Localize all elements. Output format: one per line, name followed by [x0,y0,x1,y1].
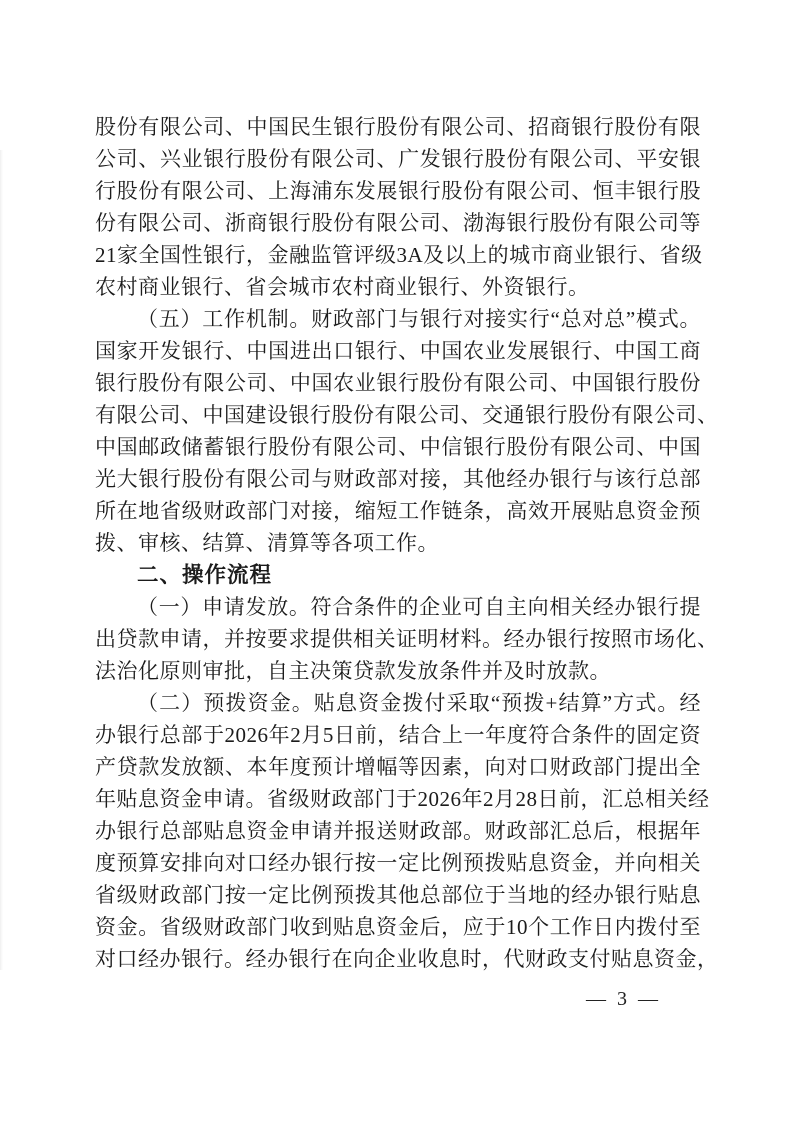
text-line: 法治化原则审批，自主决策贷款发放条件并及时放款。 [95,655,701,687]
text-line: 办银行总部贴息资金申请并报送财政部。财政部汇总后，根据年 [95,815,701,847]
text-line: 办银行总部于2026年2月5日前，结合上一年度符合条件的固定资 [95,719,701,751]
text-line: （五）工作机制。财政部门与银行对接实行“总对总”模式。 [95,303,701,335]
section-heading: 二、操作流程 [95,559,701,591]
text-line: 所在地省级财政部门对接，缩短工作链条，高效开展贴息资金预 [95,495,701,527]
text-line: （一）申请发放。符合条件的企业可自主向相关经办银行提 [95,591,701,623]
text-line: 度预算安排向对口经办银行按一定比例预拨贴息资金，并向相关 [95,847,701,879]
text-line: （二）预拨资金。贴息资金拨付采取“预拨+结算”方式。经 [95,687,701,719]
text-line: 产贷款发放额、本年度预计增幅等因素，向对口财政部门提出全 [95,751,701,783]
document-body: 股份有限公司、中国民生银行股份有限公司、招商银行股份有限 公司、兴业银行股份有限… [95,111,701,975]
text-line: 省级财政部门按一定比例预拨其他总部位于当地的经办银行贴息 [95,879,701,911]
text-line: 行股份有限公司、上海浦东发展银行股份有限公司、恒丰银行股 [95,175,701,207]
text-line: 股份有限公司、中国民生银行股份有限公司、招商银行股份有限 [95,111,701,143]
page-number: — 3 — [95,988,701,1011]
text-line: 农村商业银行、省会城市农村商业银行、外资银行。 [95,271,701,303]
text-line: 国家开发银行、中国进出口银行、中国农业发展银行、中国工商 [95,335,701,367]
text-line: 出贷款申请，并按要求提供相关证明材料。经办银行按照市场化、 [95,623,701,655]
text-line: 光大银行股份有限公司与财政部对接，其他经办银行与该行总部 [95,463,701,495]
text-line: 中国邮政储蓄银行股份有限公司、中信银行股份有限公司、中国 [95,431,701,463]
text-line: 公司、兴业银行股份有限公司、广发银行股份有限公司、平安银 [95,143,701,175]
document-page: 股份有限公司、中国民生银行股份有限公司、招商银行股份有限 公司、兴业银行股份有限… [0,0,791,1132]
text-line: 银行股份有限公司、中国农业银行股份有限公司、中国银行股份 [95,367,701,399]
text-line: 对口经办银行。经办银行在向企业收息时，代财政支付贴息资金， [95,943,701,975]
text-line: 年贴息资金申请。省级财政部门于2026年2月28日前，汇总相关经 [95,783,701,815]
text-line: 有限公司、中国建设银行股份有限公司、交通银行股份有限公司、 [95,399,701,431]
text-line: 21家全国性银行，金融监管评级3A及以上的城市商业银行、省级 [95,239,701,271]
text-line: 份有限公司、浙商银行股份有限公司、渤海银行股份有限公司等 [95,207,701,239]
text-line: 拨、审核、结算、清算等各项工作。 [95,527,701,559]
scan-edge-artifact [0,150,3,970]
text-line: 资金。省级财政部门收到贴息资金后，应于10个工作日内拨付至 [95,911,701,943]
